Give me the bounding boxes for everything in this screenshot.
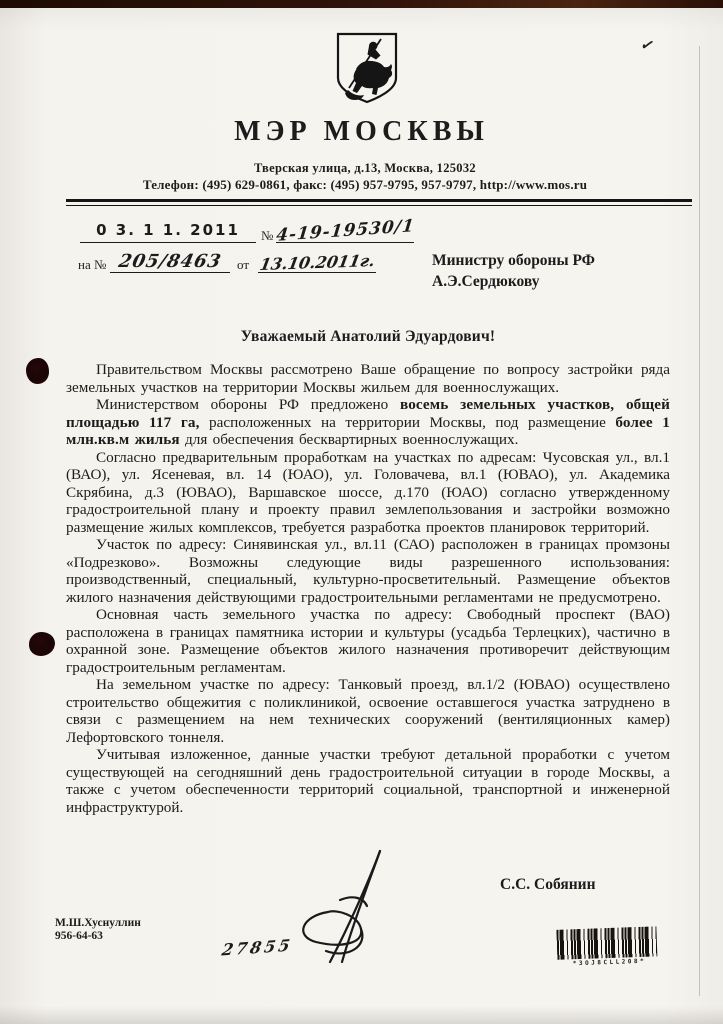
signature-stroke-icon [282,848,412,966]
incoming-number-field: 205/8463 [110,244,230,273]
moscow-coat-of-arms-icon [336,32,398,104]
outgoing-number-field: 4-19-19530/1 [276,210,414,243]
paragraph: Учитывая изложенное, данные участки треб… [66,746,670,816]
incoming-date-handwritten: 13.10.2011г. [258,251,376,274]
letterhead-divider-thin [66,205,692,206]
executor-phone: 956-64-63 [55,930,141,943]
recipient-title: Министру обороны РФ [432,250,595,271]
ink-blot [26,358,49,384]
registration-date-field: 0 3. 1 1. 2011 [80,214,256,243]
ink-blot [29,632,55,656]
handwritten-corner-mark: ✓ [638,35,657,56]
paragraph: Участок по адресу: Синявинская ул., вл.1… [66,536,670,606]
incoming-number-handwritten: 205/8463 [117,251,224,272]
signatory-name: С.С. Собянин [500,876,596,894]
letterhead-divider [66,199,692,202]
reply-to-label: на № [78,257,106,273]
barcode: *3OJ8CLL208* [556,926,661,968]
registration-date-stamp: 0 3. 1 1. 2011 [96,221,240,242]
recipient-block: Министру обороны РФ А.Э.Сердюкову [432,250,595,292]
scan-edge-band [0,0,723,8]
salutation: Уважаемый Анатолий Эдуардович! [66,328,670,346]
paragraph: Правительством Москвы рассмотрено Ваше о… [66,361,670,396]
outgoing-number-handwritten: 4-19-19530/1 [275,216,416,247]
scanned-letter-page: ✓ МЭР МОСКВЫ Тверская улица, д.13, Москв… [0,0,723,1024]
recipient-name: А.Э.Сердюкову [432,271,595,292]
executor-block: М.Ш.Хуснуллин 956-64-63 [55,917,141,943]
from-date-label: от [237,257,249,273]
letter-body: Правительством Москвы рассмотрено Ваше о… [66,361,670,816]
org-name: МЭР МОСКВЫ [0,116,723,148]
number-label: № [261,228,273,244]
paragraph: Министерством обороны РФ предложено восе… [66,396,670,449]
letterhead-address: Тверская улица, д.13, Москва, 125032 [0,161,723,176]
barcode-icon [556,926,657,959]
paragraph: На земельном участке по адресу: Танковый… [66,676,670,746]
incoming-date-field: 13.10.2011г. [258,244,376,273]
paragraph: Согласно предварительным проработкам на … [66,449,670,537]
paragraph: Основная часть земельного участка по адр… [66,606,670,676]
letterhead-contact: Телефон: (495) 629-0861, факс: (495) 957… [0,177,723,193]
executor-name: М.Ш.Хуснуллин [55,917,141,930]
